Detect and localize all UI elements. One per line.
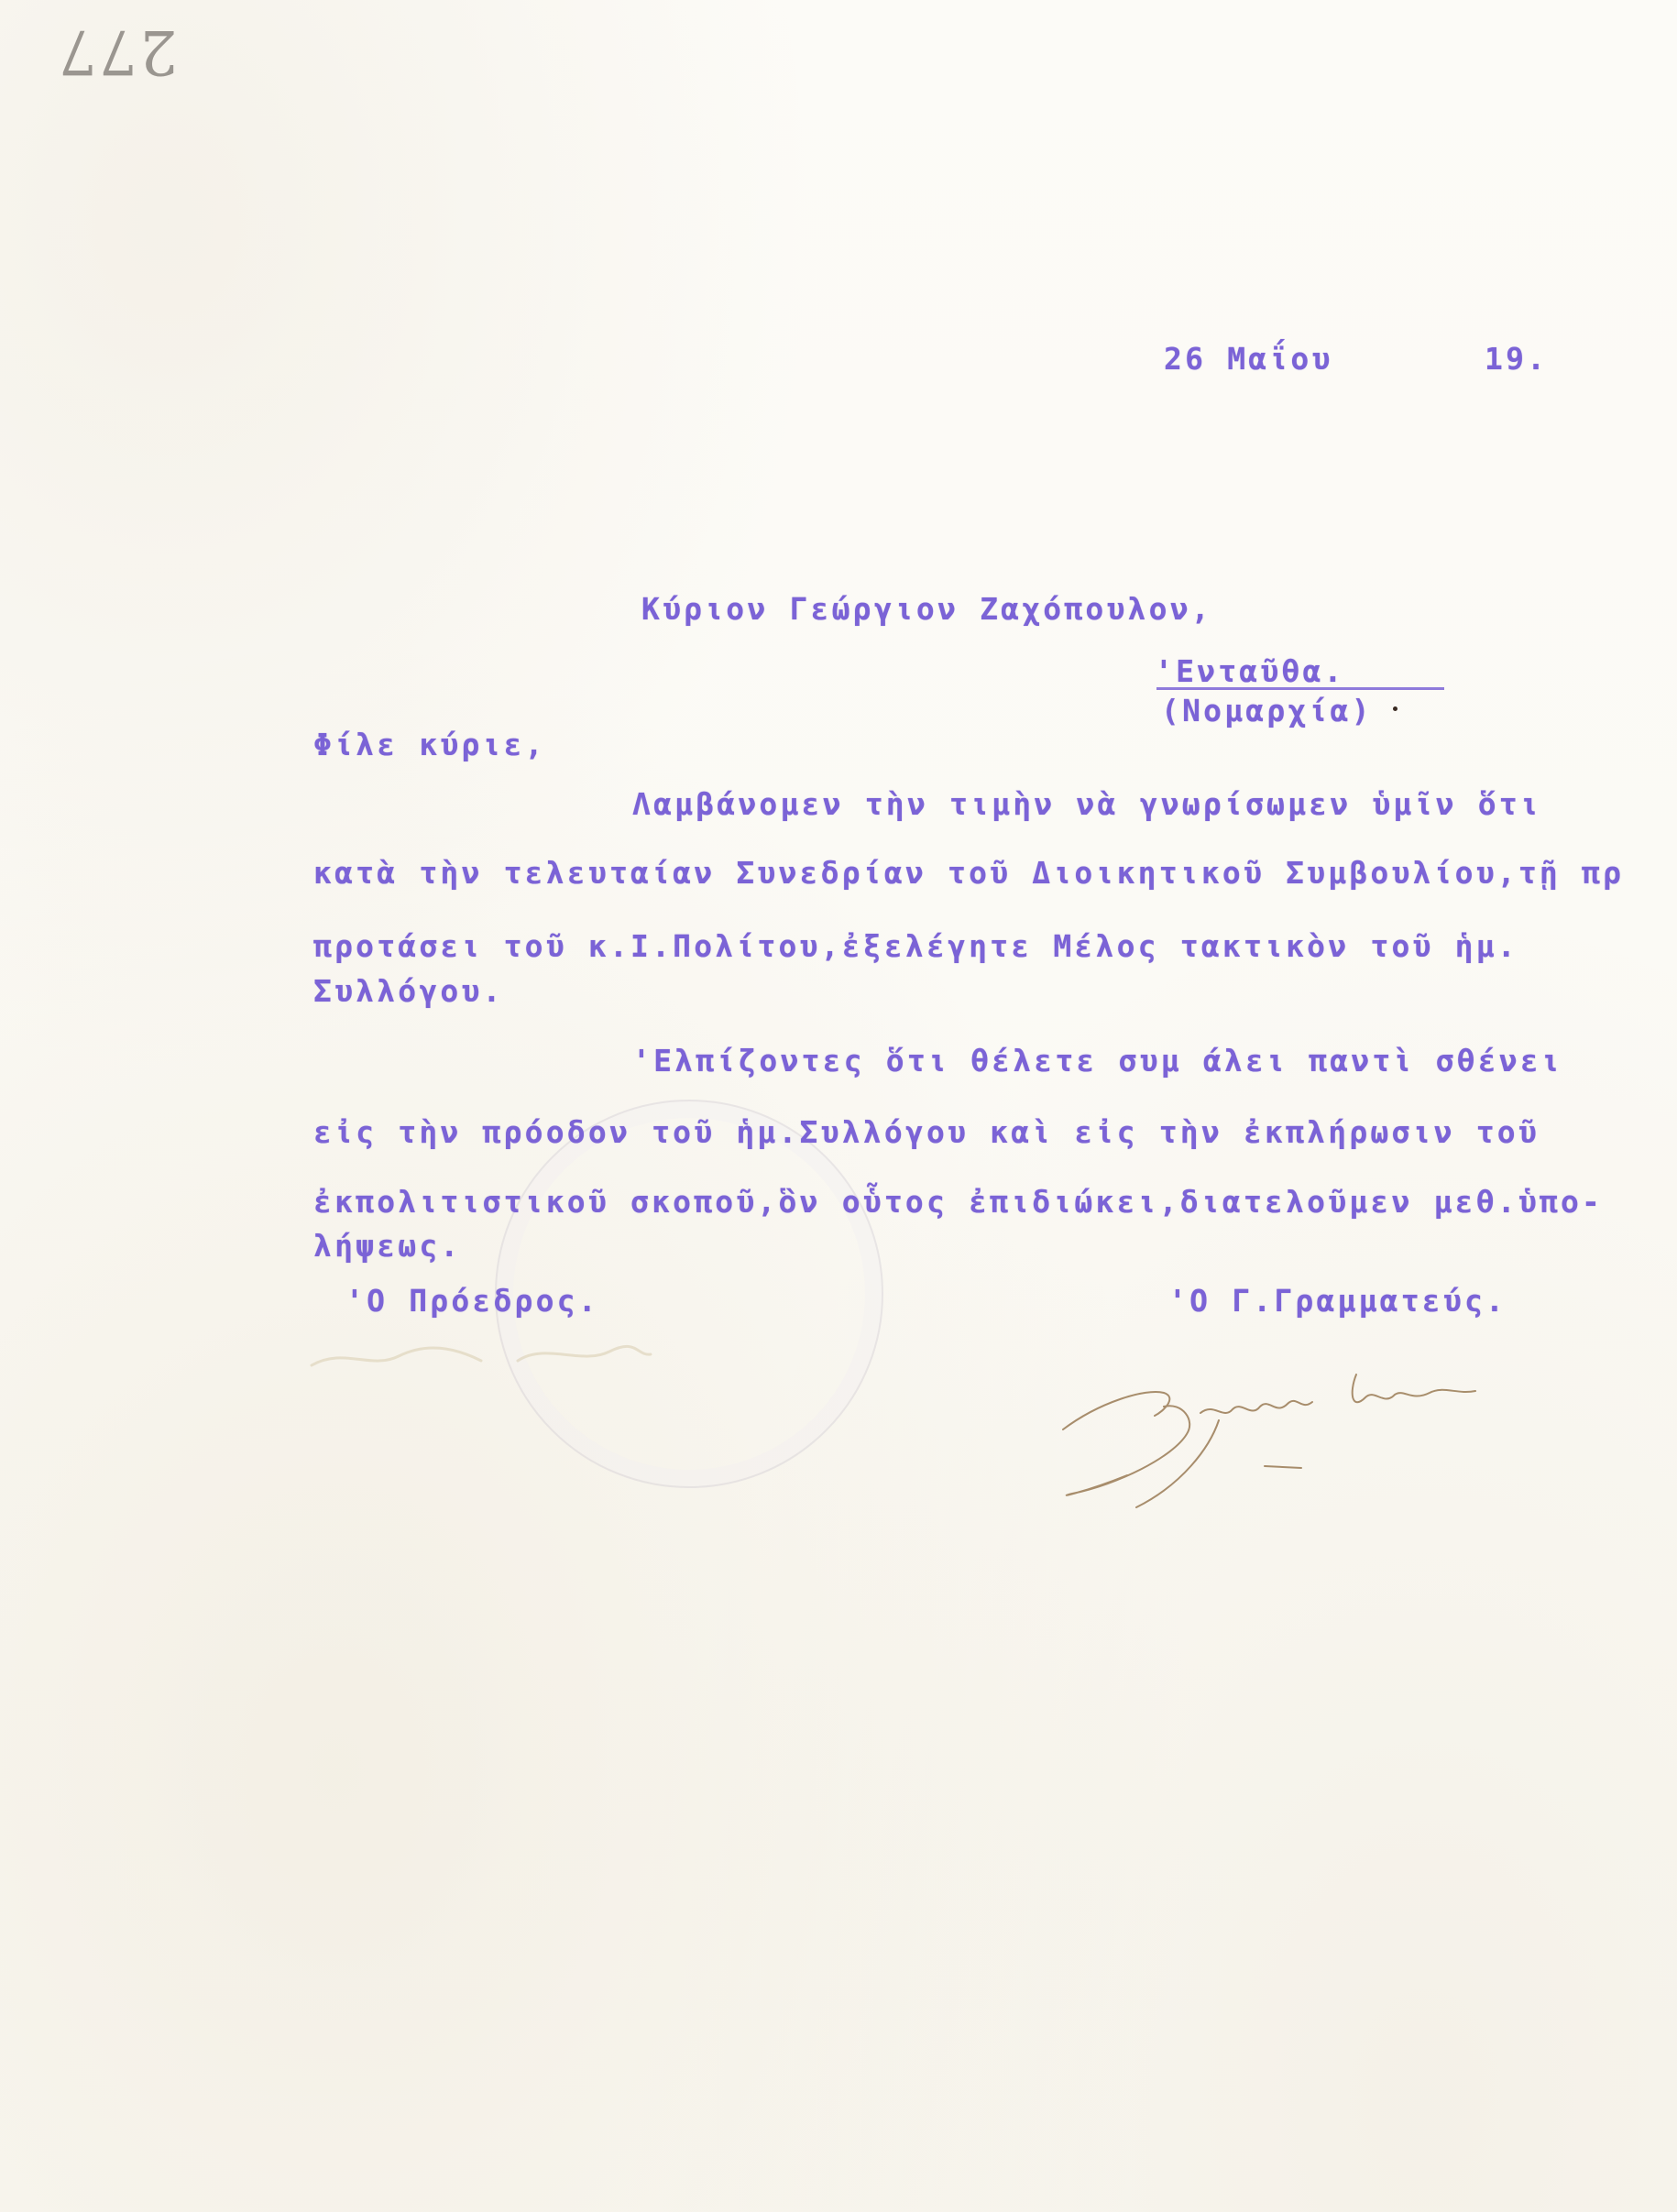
closing-secretary: 'Ο Γ.Γραμματεύς. <box>1168 1283 1507 1319</box>
body-line: 'Ελπίζοντες ὅτι θέλετε συμ άλει παντὶ σθ… <box>632 1043 1562 1079</box>
closing-president: 'Ο Πρόεδρος. <box>345 1283 599 1319</box>
body-line: εἰς τὴν πρόοδον τοῦ ἡμ.Συλλόγου καὶ εἰς … <box>313 1114 1540 1150</box>
location-underline <box>1156 687 1444 690</box>
recipient-name: Κύριον Γεώργιον Ζαχόπουλον, <box>641 591 1212 627</box>
body-line: Συλλόγου. <box>313 973 504 1009</box>
body-line: Λαμβάνομεν τὴν τιμὴν νὰ γνωρίσωμεν ὑμῖν … <box>632 786 1541 822</box>
body-line: ἐκπολιτιστικοῦ σκοποῦ,ὃν οὗτος ἐπιδιώκει… <box>313 1184 1603 1220</box>
salutation: Φίλε κύριε, <box>313 727 546 762</box>
secretary-handwritten-signature <box>1026 1338 1485 1521</box>
body-line: λήψεως. <box>313 1228 461 1264</box>
recipient-location: 'Ενταῦθα. <box>1155 653 1345 689</box>
letter-year: 19. <box>1485 341 1548 377</box>
letter-page: 277 26 Μαΐου 19. Κύριον Γεώργιον Ζαχόπου… <box>0 0 1677 2212</box>
archive-page-number: 277 <box>57 16 178 87</box>
recipient-location-detail: (Νομαρχία) <box>1161 693 1373 728</box>
body-line: προτάσει τοῦ κ.Ι.Πολίτου,ἐξελέγητε Μέλος… <box>313 928 1518 964</box>
faded-president-signature <box>307 1329 655 1384</box>
letter-date: 26 Μαΐου <box>1164 341 1333 377</box>
ink-speck <box>1393 706 1397 711</box>
body-line: κατὰ τὴν τελευταίαν Συνεδρίαν τοῦ Διοικη… <box>313 855 1624 891</box>
